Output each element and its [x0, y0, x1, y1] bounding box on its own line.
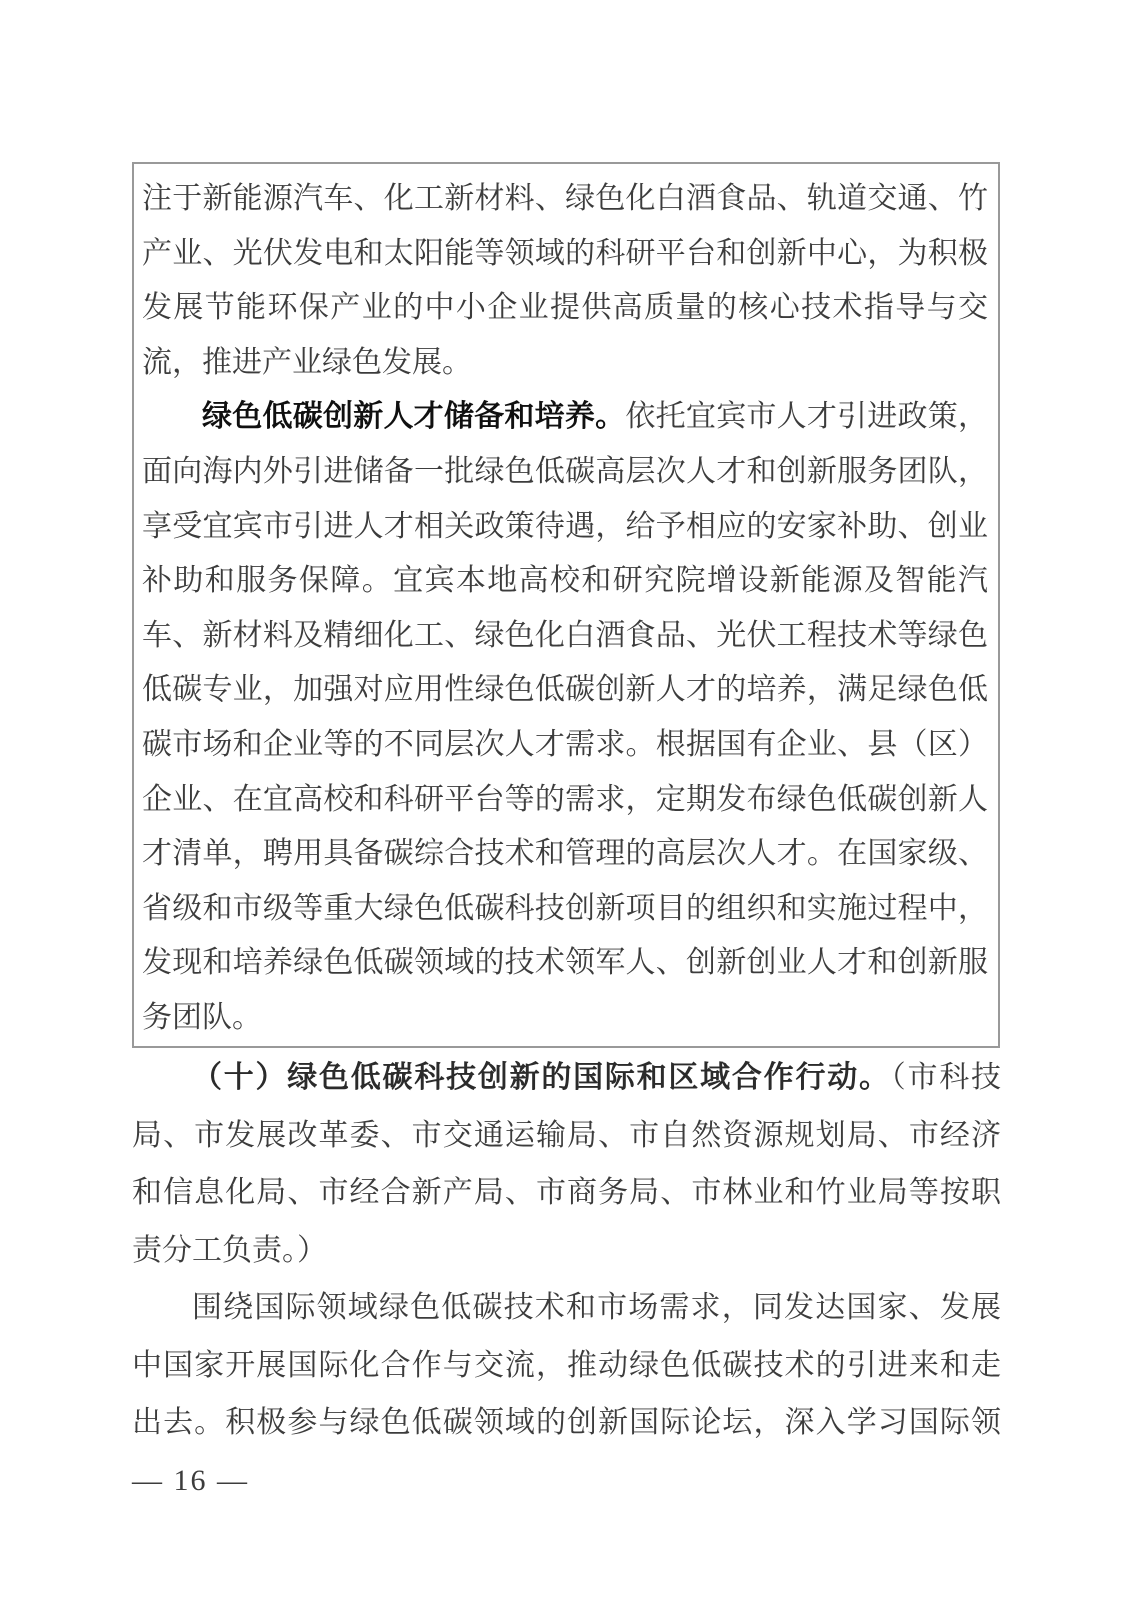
body-text-region: （十）绿色低碳科技创新的国际和区域合作行动。（市科技局、市发展改革委、市交通运输… [132, 1049, 1001, 1509]
text-segment: 依托宜宾市人才引进政策， [625, 400, 988, 433]
text-line: 围绕国际领域绿色低碳技术和市场需求，同发达国家、发展 [132, 1279, 1001, 1337]
text-segment: 才清单，聘用具备碳综合技术和管理的高层次人才。在国家级、 [142, 837, 988, 870]
text-segment: 发现和培养绿色低碳领域的技术领军人、创新创业人才和创新服 [142, 946, 988, 979]
text-line: 补助和服务保障。宜宾本地高校和研究院增设新能源及智能汽 [142, 554, 988, 609]
text-line: 才清单，聘用具备碳综合技术和管理的高层次人才。在国家级、 [142, 827, 988, 882]
boxed-text-region: 注于新能源汽车、化工新材料、绿色化白酒食品、轨道交通、竹产业、光伏发电和太阳能等… [132, 162, 1000, 1048]
emphasized-text-segment: 绿色低碳创新人才储备和培养。 [202, 400, 625, 433]
emphasized-text-segment: （十）绿色低碳科技创新的国际和区域合作行动。 [192, 1061, 891, 1094]
text-segment: 车、新材料及精细化工、绿色化白酒食品、光伏工程技术等绿色 [142, 619, 988, 652]
text-segment: （市科技 [891, 1061, 1001, 1094]
text-line: 绿色低碳创新人才储备和培养。依托宜宾市人才引进政策， [142, 390, 988, 445]
text-segment: 面向海内外引进储备一批绿色低碳高层次人才和创新服务团队， [142, 455, 988, 488]
text-line: 产业、光伏发电和太阳能等领域的科研平台和创新中心，为积极 [142, 227, 988, 282]
text-segment: 责分工负责。） [132, 1234, 327, 1267]
text-segment: 注于新能源汽车、化工新材料、绿色化白酒食品、轨道交通、竹 [142, 182, 988, 215]
text-segment: 出去。积极参与绿色低碳领域的创新国际论坛，深入学习国际领 [132, 1406, 1001, 1439]
text-segment: 和信息化局、市经合新产局、市商务局、市林业和竹业局等按职 [132, 1176, 1001, 1209]
text-line: 责分工负责。） [132, 1222, 1001, 1280]
text-line: 面向海内外引进储备一批绿色低碳高层次人才和创新服务团队， [142, 445, 988, 500]
text-line: 低碳专业，加强对应用性绿色低碳创新人才的培养，满足绿色低 [142, 663, 988, 718]
text-segment: 碳市场和企业等的不同层次人才需求。根据国有企业、县（区） [142, 728, 988, 761]
text-line: 享受宜宾市引进人才相关政策待遇，给予相应的安家补助、创业 [142, 500, 988, 555]
text-line: 流，推进产业绿色发展。 [142, 336, 988, 391]
text-line: 中国家开展国际化合作与交流，推动绿色低碳技术的引进来和走 [132, 1337, 1001, 1395]
text-segment: 流，推进产业绿色发展。 [142, 346, 472, 379]
text-segment: 享受宜宾市引进人才相关政策待遇，给予相应的安家补助、创业 [142, 510, 988, 543]
text-segment: 低碳专业，加强对应用性绿色低碳创新人才的培养，满足绿色低 [142, 673, 988, 706]
text-segment: 务团队。 [142, 1001, 262, 1034]
document-page: 注于新能源汽车、化工新材料、绿色化白酒食品、轨道交通、竹产业、光伏发电和太阳能等… [0, 0, 1131, 1600]
text-line: 车、新材料及精细化工、绿色化白酒食品、光伏工程技术等绿色 [142, 609, 988, 664]
text-segment: 发展节能环保产业的中小企业提供高质量的核心技术指导与交 [142, 291, 988, 324]
text-segment: 省级和市级等重大绿色低碳科技创新项目的组织和实施过程中， [142, 892, 988, 925]
text-line: （十）绿色低碳科技创新的国际和区域合作行动。（市科技 [132, 1049, 1001, 1107]
text-segment: 产业、光伏发电和太阳能等领域的科研平台和创新中心，为积极 [142, 237, 988, 270]
text-segment: 补助和服务保障。宜宾本地高校和研究院增设新能源及智能汽 [142, 564, 988, 597]
text-line: 务团队。 [142, 991, 988, 1046]
text-line: 出去。积极参与绿色低碳领域的创新国际论坛，深入学习国际领 [132, 1394, 1001, 1452]
text-segment: 中国家开展国际化合作与交流，推动绿色低碳技术的引进来和走 [132, 1349, 1001, 1382]
text-line: 局、市发展改革委、市交通运输局、市自然资源规划局、市经济 [132, 1107, 1001, 1165]
text-line: 企业、在宜高校和科研平台等的需求，定期发布绿色低碳创新人 [142, 773, 988, 828]
text-line: 注于新能源汽车、化工新材料、绿色化白酒食品、轨道交通、竹 [142, 172, 988, 227]
text-line: 碳市场和企业等的不同层次人才需求。根据国有企业、县（区） [142, 718, 988, 773]
text-line: 发展节能环保产业的中小企业提供高质量的核心技术指导与交 [142, 281, 988, 336]
section-paragraphs: （十）绿色低碳科技创新的国际和区域合作行动。（市科技局、市发展改革委、市交通运输… [132, 1049, 1001, 1452]
text-segment: 企业、在宜高校和科研平台等的需求，定期发布绿色低碳创新人 [142, 783, 988, 816]
text-line: 省级和市级等重大绿色低碳科技创新项目的组织和实施过程中， [142, 882, 988, 937]
text-line: 和信息化局、市经合新产局、市商务局、市林业和竹业局等按职 [132, 1164, 1001, 1222]
text-segment: 局、市发展改革委、市交通运输局、市自然资源规划局、市经济 [132, 1119, 1001, 1152]
page-number: — 16 — [132, 1452, 1001, 1510]
text-line: 发现和培养绿色低碳领域的技术领军人、创新创业人才和创新服 [142, 936, 988, 991]
text-segment: 围绕国际领域绿色低碳技术和市场需求，同发达国家、发展 [192, 1291, 1001, 1324]
